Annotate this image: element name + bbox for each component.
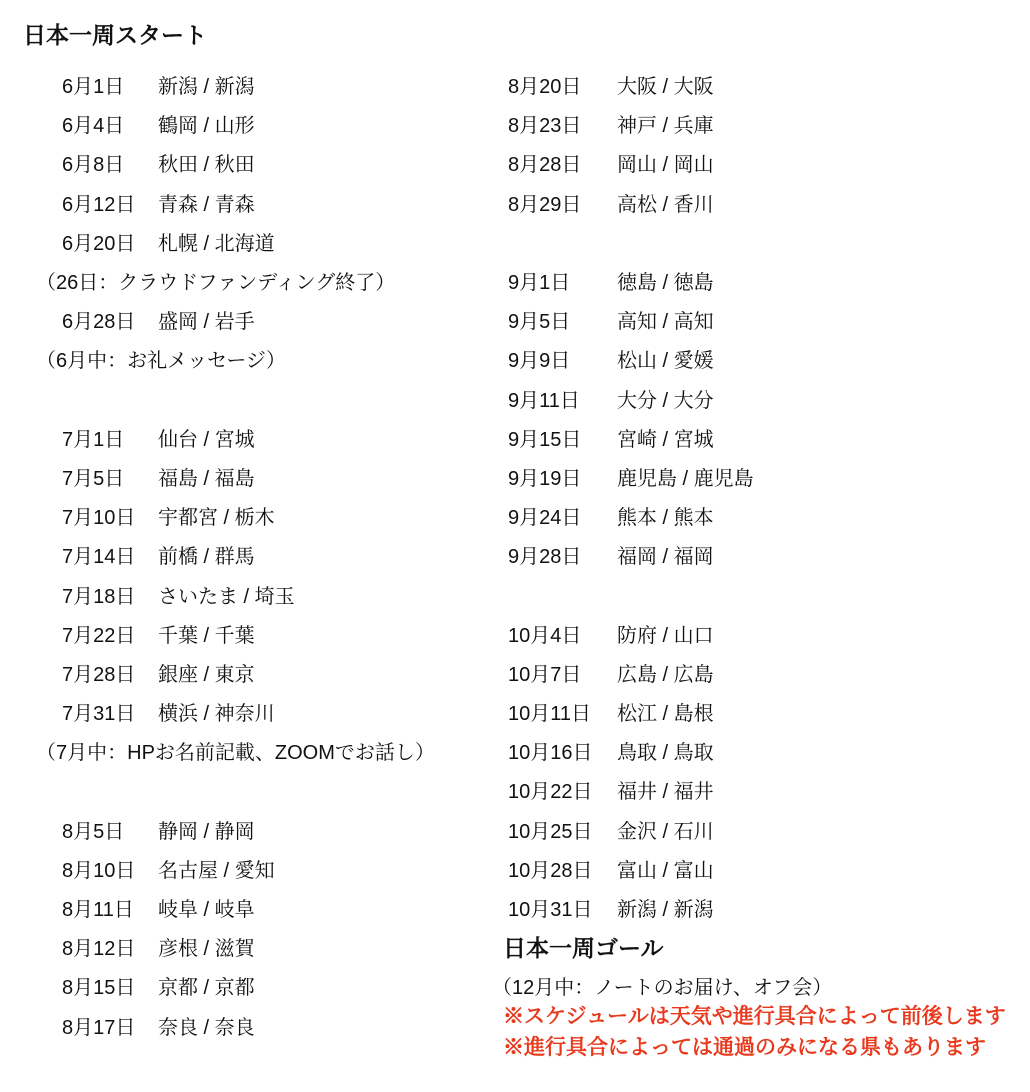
schedule-note: （12月中：ノートのお届け、オフ会）: [490, 966, 1030, 1005]
entry-date: 8月29日: [508, 188, 617, 217]
entry-date: 6月20日: [62, 227, 158, 256]
schedule-entry-row: 8月17日奈良 / 奈良: [0, 1006, 498, 1045]
entry-place: 防府 / 山口: [617, 619, 714, 648]
schedule-entry-row: 10月7日広島 / 広島: [490, 653, 1030, 692]
entry-place: 宮崎 / 宮城: [617, 423, 714, 452]
schedule-entry-row: 6月20日札幌 / 北海道: [0, 222, 498, 261]
entry-place: 岐阜 / 岐阜: [158, 893, 255, 922]
entry-place: 高知 / 高知: [617, 305, 714, 334]
schedule-entry-row: 8月28日岡山 / 岡山: [490, 143, 1030, 182]
schedule-note: （7月中：HPお名前記載、ZOOMでお話し）: [0, 731, 498, 770]
schedule-entry-row: 9月19日鹿児島 / 鹿児島: [490, 457, 1030, 496]
entry-date: 9月19日: [508, 462, 617, 491]
schedule-entry-row: 6月8日秋田 / 秋田: [0, 143, 498, 182]
schedule-entry-row: 7月31日横浜 / 神奈川: [0, 692, 498, 731]
schedule-entry-row: 8月11日岐阜 / 岐阜: [0, 888, 498, 927]
schedule-entry-row: 8月5日静岡 / 静岡: [0, 810, 498, 849]
entry-place: 新潟 / 新潟: [617, 893, 714, 922]
schedule-entry-row: 7月18日さいたま / 埼玉: [0, 574, 498, 613]
entry-place: 鳥取 / 鳥取: [617, 736, 714, 765]
entry-place: 金沢 / 石川: [617, 815, 714, 844]
schedule-entry-row: 10月31日新潟 / 新潟: [490, 888, 1030, 927]
schedule-entry-row: 8月10日名古屋 / 愛知: [0, 849, 498, 888]
entry-place: 鶴岡 / 山形: [158, 109, 255, 138]
entry-place: 福岡 / 福岡: [617, 540, 714, 569]
schedule-column-left: 6月1日新潟 / 新潟6月4日鶴岡 / 山形6月8日秋田 / 秋田6月12日青森…: [0, 65, 498, 1045]
entry-date: 8月28日: [508, 148, 617, 177]
entry-place: 岡山 / 岡山: [617, 148, 714, 177]
schedule-entry-row: 10月16日鳥取 / 鳥取: [490, 731, 1030, 770]
schedule-entry-row: 7月14日前橋 / 群馬: [0, 535, 498, 574]
entry-place: 彦根 / 滋賀: [158, 932, 255, 961]
schedule-entry-row: 9月11日大分 / 大分: [490, 379, 1030, 418]
schedule-entry-row: 8月15日京都 / 京都: [0, 966, 498, 1005]
entry-place: 銀座 / 東京: [158, 658, 255, 687]
entry-place: 千葉 / 千葉: [158, 619, 255, 648]
entry-date: 9月15日: [508, 423, 617, 452]
entry-place: さいたま / 埼玉: [158, 580, 295, 609]
schedule-entry-row: 9月9日松山 / 愛媛: [490, 339, 1030, 378]
entry-date: 8月20日: [508, 70, 617, 99]
schedule-entry-row: 9月1日徳島 / 徳島: [490, 261, 1030, 300]
entry-place: 盛岡 / 岩手: [158, 305, 255, 334]
entry-date: 7月10日: [62, 501, 158, 530]
entry-date: 10月31日: [508, 893, 617, 922]
entry-place: 徳島 / 徳島: [617, 266, 714, 295]
schedule-entry-row: 6月28日盛岡 / 岩手: [0, 300, 498, 339]
schedule-entry-row: 9月5日高知 / 高知: [490, 300, 1030, 339]
entry-date: 6月28日: [62, 305, 158, 334]
entry-date: 6月1日: [62, 70, 158, 99]
entry-place: 大分 / 大分: [617, 384, 714, 413]
entry-place: 宇都宮 / 栃木: [158, 501, 275, 530]
entry-place: 横浜 / 神奈川: [158, 697, 275, 726]
entry-date: 8月15日: [62, 971, 158, 1000]
entry-place: 福島 / 福島: [158, 462, 255, 491]
entry-place: 富山 / 富山: [617, 854, 714, 883]
entry-date: 7月22日: [62, 619, 158, 648]
entry-place: 青森 / 青森: [158, 188, 255, 217]
entry-date: 9月1日: [508, 266, 617, 295]
schedule-note: （6月中：お礼メッセージ）: [0, 339, 498, 378]
entry-date: 7月28日: [62, 658, 158, 687]
blank-row: [490, 222, 1030, 261]
schedule-column-right: 8月20日大阪 / 大阪8月23日神戸 / 兵庫8月28日岡山 / 岡山8月29…: [490, 65, 1030, 1006]
warning-note-line-2: ※進行具合によっては通過のみになる県もあります: [503, 1032, 1006, 1063]
schedule-entry-row: 7月1日仙台 / 宮城: [0, 418, 498, 457]
entry-place: 大阪 / 大阪: [617, 70, 714, 99]
schedule-entry-row: 6月12日青森 / 青森: [0, 183, 498, 222]
entry-date: 7月18日: [62, 580, 158, 609]
entry-date: 9月11日: [508, 384, 617, 413]
entry-place: 新潟 / 新潟: [158, 70, 255, 99]
schedule-entry-row: 10月25日金沢 / 石川: [490, 810, 1030, 849]
entry-date: 8月11日: [62, 893, 158, 922]
entry-date: 9月24日: [508, 501, 617, 530]
entry-date: 10月28日: [508, 854, 617, 883]
entry-place: 熊本 / 熊本: [617, 501, 714, 530]
entry-date: 10月25日: [508, 815, 617, 844]
entry-place: 札幌 / 北海道: [158, 227, 275, 256]
entry-place: 高松 / 香川: [617, 188, 714, 217]
schedule-page: 日本一周スタート 6月1日新潟 / 新潟6月4日鶴岡 / 山形6月8日秋田 / …: [0, 0, 1030, 1092]
entry-place: 名古屋 / 愛知: [158, 854, 275, 883]
entry-date: 9月28日: [508, 540, 617, 569]
schedule-entry-row: 7月5日福島 / 福島: [0, 457, 498, 496]
entry-date: 7月1日: [62, 423, 158, 452]
schedule-entry-row: 7月10日宇都宮 / 栃木: [0, 496, 498, 535]
entry-date: 6月12日: [62, 188, 158, 217]
schedule-entry-row: 10月28日富山 / 富山: [490, 849, 1030, 888]
entry-place: 鹿児島 / 鹿児島: [617, 462, 754, 491]
entry-date: 6月4日: [62, 109, 158, 138]
entry-date: 7月14日: [62, 540, 158, 569]
schedule-entry-row: 7月22日千葉 / 千葉: [0, 614, 498, 653]
blank-row: [490, 574, 1030, 613]
entry-date: 10月11日: [508, 697, 617, 726]
goal-heading: 日本一周ゴール: [490, 927, 1030, 966]
schedule-entry-row: 9月15日宮崎 / 宮城: [490, 418, 1030, 457]
entry-place: 福井 / 福井: [617, 775, 714, 804]
entry-place: 松江 / 島根: [617, 697, 714, 726]
schedule-entry-row: 8月20日大阪 / 大阪: [490, 65, 1030, 104]
entry-date: 7月5日: [62, 462, 158, 491]
entry-date: 8月5日: [62, 815, 158, 844]
entry-place: 奈良 / 奈良: [158, 1011, 255, 1040]
schedule-entry-row: 10月22日福井 / 福井: [490, 770, 1030, 809]
schedule-entry-row: 9月28日福岡 / 福岡: [490, 535, 1030, 574]
entry-date: 10月16日: [508, 736, 617, 765]
entry-place: 前橋 / 群馬: [158, 540, 255, 569]
warning-note-line-1: ※スケジュールは天気や進行具合によって前後します: [503, 1001, 1006, 1032]
entry-place: 秋田 / 秋田: [158, 148, 255, 177]
schedule-entry-row: 7月28日銀座 / 東京: [0, 653, 498, 692]
entry-place: 京都 / 京都: [158, 971, 255, 1000]
schedule-entry-row: 6月4日鶴岡 / 山形: [0, 104, 498, 143]
schedule-note: （26日：クラウドファンディング終了）: [0, 261, 498, 300]
entry-date: 10月7日: [508, 658, 617, 687]
page-title: 日本一周スタート: [23, 22, 207, 50]
entry-date: 8月10日: [62, 854, 158, 883]
blank-row: [0, 379, 498, 418]
schedule-entry-row: 8月29日高松 / 香川: [490, 183, 1030, 222]
entry-date: 6月8日: [62, 148, 158, 177]
schedule-entry-row: 8月12日彦根 / 滋賀: [0, 927, 498, 966]
entry-date: 9月5日: [508, 305, 617, 334]
entry-place: 静岡 / 静岡: [158, 815, 255, 844]
schedule-entry-row: 6月1日新潟 / 新潟: [0, 65, 498, 104]
schedule-entry-row: 8月23日神戸 / 兵庫: [490, 104, 1030, 143]
schedule-entry-row: 9月24日熊本 / 熊本: [490, 496, 1030, 535]
entry-date: 10月4日: [508, 619, 617, 648]
blank-row: [0, 770, 498, 809]
entry-date: 8月12日: [62, 932, 158, 961]
warning-notes: ※スケジュールは天気や進行具合によって前後します ※進行具合によっては通過のみに…: [503, 1001, 1006, 1063]
entry-place: 松山 / 愛媛: [617, 344, 714, 373]
entry-date: 10月22日: [508, 775, 617, 804]
entry-date: 8月17日: [62, 1011, 158, 1040]
entry-date: 7月31日: [62, 697, 158, 726]
entry-place: 神戸 / 兵庫: [617, 109, 714, 138]
entry-place: 広島 / 広島: [617, 658, 714, 687]
schedule-entry-row: 10月11日松江 / 島根: [490, 692, 1030, 731]
schedule-entry-row: 10月4日防府 / 山口: [490, 614, 1030, 653]
entry-place: 仙台 / 宮城: [158, 423, 255, 452]
entry-date: 9月9日: [508, 344, 617, 373]
entry-date: 8月23日: [508, 109, 617, 138]
